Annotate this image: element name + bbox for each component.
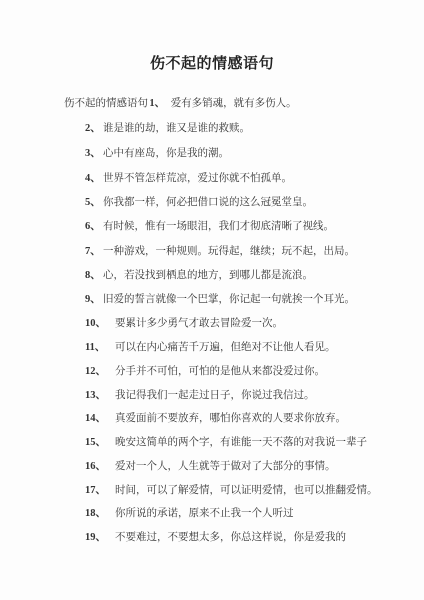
item-number: 16、 (85, 458, 115, 473)
item-text: 不要难过，不要想太多，你总这样说，你是爱我的 (115, 529, 346, 544)
item-number: 7、 (85, 243, 103, 258)
list-item: 11、可以在内心痛苦千万遍，但绝对不让他人看见。 (85, 339, 336, 354)
list-item: 2、谁是谁的劫，谁又是谁的救赎。 (85, 120, 250, 135)
item-number: 13、 (85, 387, 115, 402)
list-item: 15、晚安这简单的两个字，有谁能一天不落的对我说一辈子 (85, 434, 367, 449)
item-number: 12、 (85, 363, 115, 378)
item-text: 爱有多销魂，就有多伤人。 (171, 95, 297, 110)
item-text: 有时候，惟有一场眼泪，我们才彻底清晰了视线。 (103, 218, 334, 233)
item-text: 世界不管怎样荒凉，爱过你就不怕孤单。 (103, 170, 292, 185)
list-item: 4、世界不管怎样荒凉，爱过你就不怕孤单。 (85, 170, 292, 185)
list-item: 18、你所说的承诺，原来不止我一个人听过 (85, 505, 294, 520)
item-text: 时间，可以了解爱情，可以证明爱情，也可以推翻爱情。 (115, 482, 378, 497)
item-number: 2、 (85, 120, 103, 135)
list-item: 7、一种游戏，一种规则。玩得起，继续；玩不起，出局。 (85, 243, 355, 258)
list-item: 14、真爱面前不要放弃，哪怕你喜欢的人要求你放弃。 (85, 410, 346, 425)
item-text: 谁是谁的劫，谁又是谁的救赎。 (103, 120, 250, 135)
item-text: 真爱面前不要放弃，哪怕你喜欢的人要求你放弃。 (115, 410, 346, 425)
list-item: 8、心，若没找到栖息的地方，到哪儿都是流浪。 (85, 267, 313, 282)
item-number: 5、 (85, 194, 103, 209)
list-item: 伤不起的情感语句 1、 爱有多销魂，就有多伤人。 (64, 95, 297, 110)
item-text: 爱对一个人，人生就等于做对了大部分的事情。 (115, 458, 336, 473)
item-number: 1、 (149, 95, 167, 110)
item-number: 19、 (85, 529, 115, 544)
item-text: 你所说的承诺，原来不止我一个人听过 (115, 505, 294, 520)
list-item: 19、不要难过，不要想太多，你总这样说，你是爱我的 (85, 529, 346, 544)
item-text: 心中有座岛，你是我的潮。 (103, 145, 229, 160)
page-title: 伤不起的情感语句 (0, 52, 424, 73)
item-number: 11、 (85, 339, 115, 354)
list-item: 16、爱对一个人，人生就等于做对了大部分的事情。 (85, 458, 336, 473)
item-number: 3、 (85, 145, 103, 160)
item-text: 我记得我们一起走过日子，你说过我信过。 (115, 387, 315, 402)
item-number: 4、 (85, 170, 103, 185)
item-number: 6、 (85, 218, 103, 233)
item-number: 14、 (85, 410, 115, 425)
list-item: 17、时间，可以了解爱情，可以证明爱情，也可以推翻爱情。 (85, 482, 378, 497)
list-item: 12、分手并不可怕，可怕的是他从来都没爱过你。 (85, 363, 325, 378)
document-page: 伤不起的情感语句 伤不起的情感语句 1、 爱有多销魂，就有多伤人。 2、谁是谁的… (0, 0, 424, 600)
item-number: 17、 (85, 482, 115, 497)
item-text: 分手并不可怕，可怕的是他从来都没爱过你。 (115, 363, 325, 378)
item-number: 10、 (85, 315, 115, 330)
item-text: 旧爱的誓言就像一个巴掌，你记起一句就挨一个耳光。 (103, 291, 355, 306)
item-number: 8、 (85, 267, 103, 282)
item-text: 晚安这简单的两个字，有谁能一天不落的对我说一辈子 (115, 434, 367, 449)
item-number: 9、 (85, 291, 103, 306)
item-text: 可以在内心痛苦千万遍，但绝对不让他人看见。 (115, 339, 336, 354)
item-text: 要累计多少勇气才敢去冒险爱一次。 (115, 315, 283, 330)
item-number: 18、 (85, 505, 115, 520)
list-item: 9、旧爱的誓言就像一个巴掌，你记起一句就挨一个耳光。 (85, 291, 355, 306)
item-text: 心，若没找到栖息的地方，到哪儿都是流浪。 (103, 267, 313, 282)
list-item: 13、我记得我们一起走过日子，你说过我信过。 (85, 387, 315, 402)
list-item: 5、你我都一样，何必把借口说的这么冠冕堂皇。 (85, 194, 313, 209)
list-item: 6、有时候，惟有一场眼泪，我们才彻底清晰了视线。 (85, 218, 334, 233)
item-text: 一种游戏，一种规则。玩得起，继续；玩不起，出局。 (103, 243, 355, 258)
list-item: 10、要累计多少勇气才敢去冒险爱一次。 (85, 315, 283, 330)
item-text: 你我都一样，何必把借口说的这么冠冕堂皇。 (103, 194, 313, 209)
item-number: 15、 (85, 434, 115, 449)
list-item: 3、心中有座岛，你是我的潮。 (85, 145, 229, 160)
intro-label: 伤不起的情感语句 (64, 95, 140, 110)
